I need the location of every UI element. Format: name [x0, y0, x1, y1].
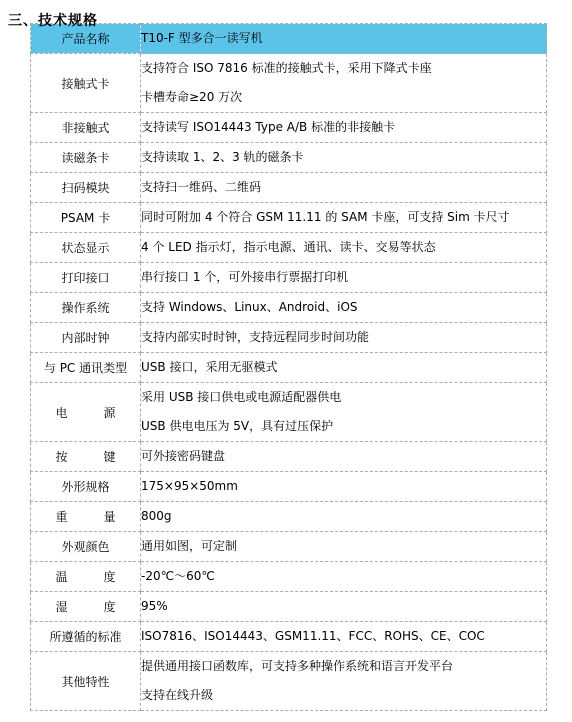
- spec-label: 外观颜色: [31, 532, 141, 562]
- spec-value-line: 可外接密码键盘: [141, 442, 546, 471]
- spec-value-line: 支持 Windows、Linux、Android、iOS: [141, 293, 546, 322]
- spec-value-line: 95%: [141, 592, 546, 621]
- spec-label: 按 键: [31, 442, 141, 472]
- spec-value: 支持符合 ISO 7816 标准的接触式卡，采用下降式卡座卡槽寿命≥20 万次: [141, 54, 547, 113]
- spec-value: 95%: [141, 592, 547, 622]
- table-row: 接触式卡 支持符合 ISO 7816 标准的接触式卡，采用下降式卡座卡槽寿命≥2…: [31, 54, 547, 113]
- spec-value-line: 采用 USB 接口供电或电源适配器供电: [141, 383, 546, 412]
- spec-value-line: -20℃～60℃: [141, 562, 546, 591]
- spec-value: 4 个 LED 指示灯，指示电源、通讯、读卡、交易等状态: [141, 233, 547, 263]
- spec-label: 重 量: [31, 502, 141, 532]
- table-row: 状态显示 4 个 LED 指示灯，指示电源、通讯、读卡、交易等状态: [31, 233, 547, 263]
- spec-value-line: 175×95×50mm: [141, 472, 546, 501]
- table-row: 按 键 可外接密码键盘: [31, 442, 547, 472]
- spec-value: 可外接密码键盘: [141, 442, 547, 472]
- spec-label: 状态显示: [31, 233, 141, 263]
- table-row: 电 源 采用 USB 接口供电或电源适配器供电USB 供电电压为 5V，具有过压…: [31, 383, 547, 442]
- spec-value-line: T10-F 型多合一读写机: [141, 24, 546, 53]
- table-row: 外形规格 175×95×50mm: [31, 472, 547, 502]
- table-row: 温 度 -20℃～60℃: [31, 562, 547, 592]
- table-row: 与 PC 通讯类型 USB 接口，采用无驱模式: [31, 353, 547, 383]
- spec-label: 扫码模块: [31, 173, 141, 203]
- spec-value-line: 串行接口 1 个，可外接串行票据打印机: [141, 263, 546, 292]
- spec-value-line: 同时可附加 4 个符合 GSM 11.11 的 SAM 卡座，可支持 Sim 卡…: [141, 203, 546, 232]
- table-row: 重 量 800g: [31, 502, 547, 532]
- table-row: 打印接口 串行接口 1 个，可外接串行票据打印机: [31, 263, 547, 293]
- spec-value-line: 提供通用接口函数库，可支持多种操作系统和语言开发平台: [141, 652, 546, 681]
- spec-value-line: 支持内部实时时钟，支持远程同步时间功能: [141, 323, 546, 352]
- spec-value: 支持扫一维码、二维码: [141, 173, 547, 203]
- spec-label: 所遵循的标准: [31, 622, 141, 652]
- spec-value-line: ISO7816、ISO14443、GSM11.11、FCC、ROHS、CE、CO…: [141, 622, 546, 651]
- spec-value: 800g: [141, 502, 547, 532]
- spec-value: USB 接口，采用无驱模式: [141, 353, 547, 383]
- spec-value-line: 通用如图，可定制: [141, 532, 546, 561]
- spec-label: 外形规格: [31, 472, 141, 502]
- table-row: 所遵循的标准 ISO7816、ISO14443、GSM11.11、FCC、ROH…: [31, 622, 547, 652]
- spec-value: 支持读取 1、2、3 轨的磁条卡: [141, 143, 547, 173]
- spec-label: 与 PC 通讯类型: [31, 353, 141, 383]
- spec-value-line: 800g: [141, 502, 546, 531]
- table-row: 湿 度 95%: [31, 592, 547, 622]
- spec-value: 通用如图，可定制: [141, 532, 547, 562]
- spec-table-body: 产品名称 T10-F 型多合一读写机 接触式卡 支持符合 ISO 7816 标准…: [31, 24, 547, 711]
- spec-label: 湿 度: [31, 592, 141, 622]
- table-row: 读磁条卡 支持读取 1、2、3 轨的磁条卡: [31, 143, 547, 173]
- spec-value: T10-F 型多合一读写机: [141, 24, 547, 54]
- spec-label: 操作系统: [31, 293, 141, 323]
- spec-label: 温 度: [31, 562, 141, 592]
- spec-value-line: 卡槽寿命≥20 万次: [141, 83, 546, 112]
- spec-label: 电 源: [31, 383, 141, 442]
- spec-value: 支持 Windows、Linux、Android、iOS: [141, 293, 547, 323]
- spec-value-line: 支持符合 ISO 7816 标准的接触式卡，采用下降式卡座: [141, 54, 546, 83]
- spec-value-line: 支持扫一维码、二维码: [141, 173, 546, 202]
- spec-value: 175×95×50mm: [141, 472, 547, 502]
- table-row: 扫码模块 支持扫一维码、二维码: [31, 173, 547, 203]
- spec-value: 支持内部实时时钟，支持远程同步时间功能: [141, 323, 547, 353]
- table-row: 内部时钟 支持内部实时时钟，支持远程同步时间功能: [31, 323, 547, 353]
- table-row: 其他特性 提供通用接口函数库，可支持多种操作系统和语言开发平台支持在线升级: [31, 652, 547, 711]
- spec-value: 支持读写 ISO14443 Type A/B 标准的非接触卡: [141, 113, 547, 143]
- spec-value: 串行接口 1 个，可外接串行票据打印机: [141, 263, 547, 293]
- spec-value: 采用 USB 接口供电或电源适配器供电USB 供电电压为 5V，具有过压保护: [141, 383, 547, 442]
- spec-value-line: USB 供电电压为 5V，具有过压保护: [141, 412, 546, 441]
- table-row: 非接触式 支持读写 ISO14443 Type A/B 标准的非接触卡: [31, 113, 547, 143]
- spec-label: 非接触式: [31, 113, 141, 143]
- spec-table: 产品名称 T10-F 型多合一读写机 接触式卡 支持符合 ISO 7816 标准…: [30, 23, 547, 711]
- spec-value-line: 支持读写 ISO14443 Type A/B 标准的非接触卡: [141, 113, 546, 142]
- spec-value-line: 支持在线升级: [141, 681, 546, 710]
- spec-label: 接触式卡: [31, 54, 141, 113]
- spec-value-line: 支持读取 1、2、3 轨的磁条卡: [141, 143, 546, 172]
- spec-value: 同时可附加 4 个符合 GSM 11.11 的 SAM 卡座，可支持 Sim 卡…: [141, 203, 547, 233]
- spec-label: PSAM 卡: [31, 203, 141, 233]
- spec-value: ISO7816、ISO14443、GSM11.11、FCC、ROHS、CE、CO…: [141, 622, 547, 652]
- table-row: 外观颜色 通用如图，可定制: [31, 532, 547, 562]
- spec-label: 打印接口: [31, 263, 141, 293]
- spec-value-line: USB 接口，采用无驱模式: [141, 353, 546, 382]
- spec-value: -20℃～60℃: [141, 562, 547, 592]
- table-row: 操作系统 支持 Windows、Linux、Android、iOS: [31, 293, 547, 323]
- spec-label: 其他特性: [31, 652, 141, 711]
- spec-label: 读磁条卡: [31, 143, 141, 173]
- document-page: 三、技术规格 产品名称 T10-F 型多合一读写机 接触式卡 支持符合 ISO …: [0, 0, 572, 722]
- table-row: 产品名称 T10-F 型多合一读写机: [31, 24, 547, 54]
- table-row: PSAM 卡 同时可附加 4 个符合 GSM 11.11 的 SAM 卡座，可支…: [31, 203, 547, 233]
- spec-value: 提供通用接口函数库，可支持多种操作系统和语言开发平台支持在线升级: [141, 652, 547, 711]
- spec-label: 内部时钟: [31, 323, 141, 353]
- page-title: 三、技术规格: [0, 0, 572, 23]
- spec-value-line: 4 个 LED 指示灯，指示电源、通讯、读卡、交易等状态: [141, 233, 546, 262]
